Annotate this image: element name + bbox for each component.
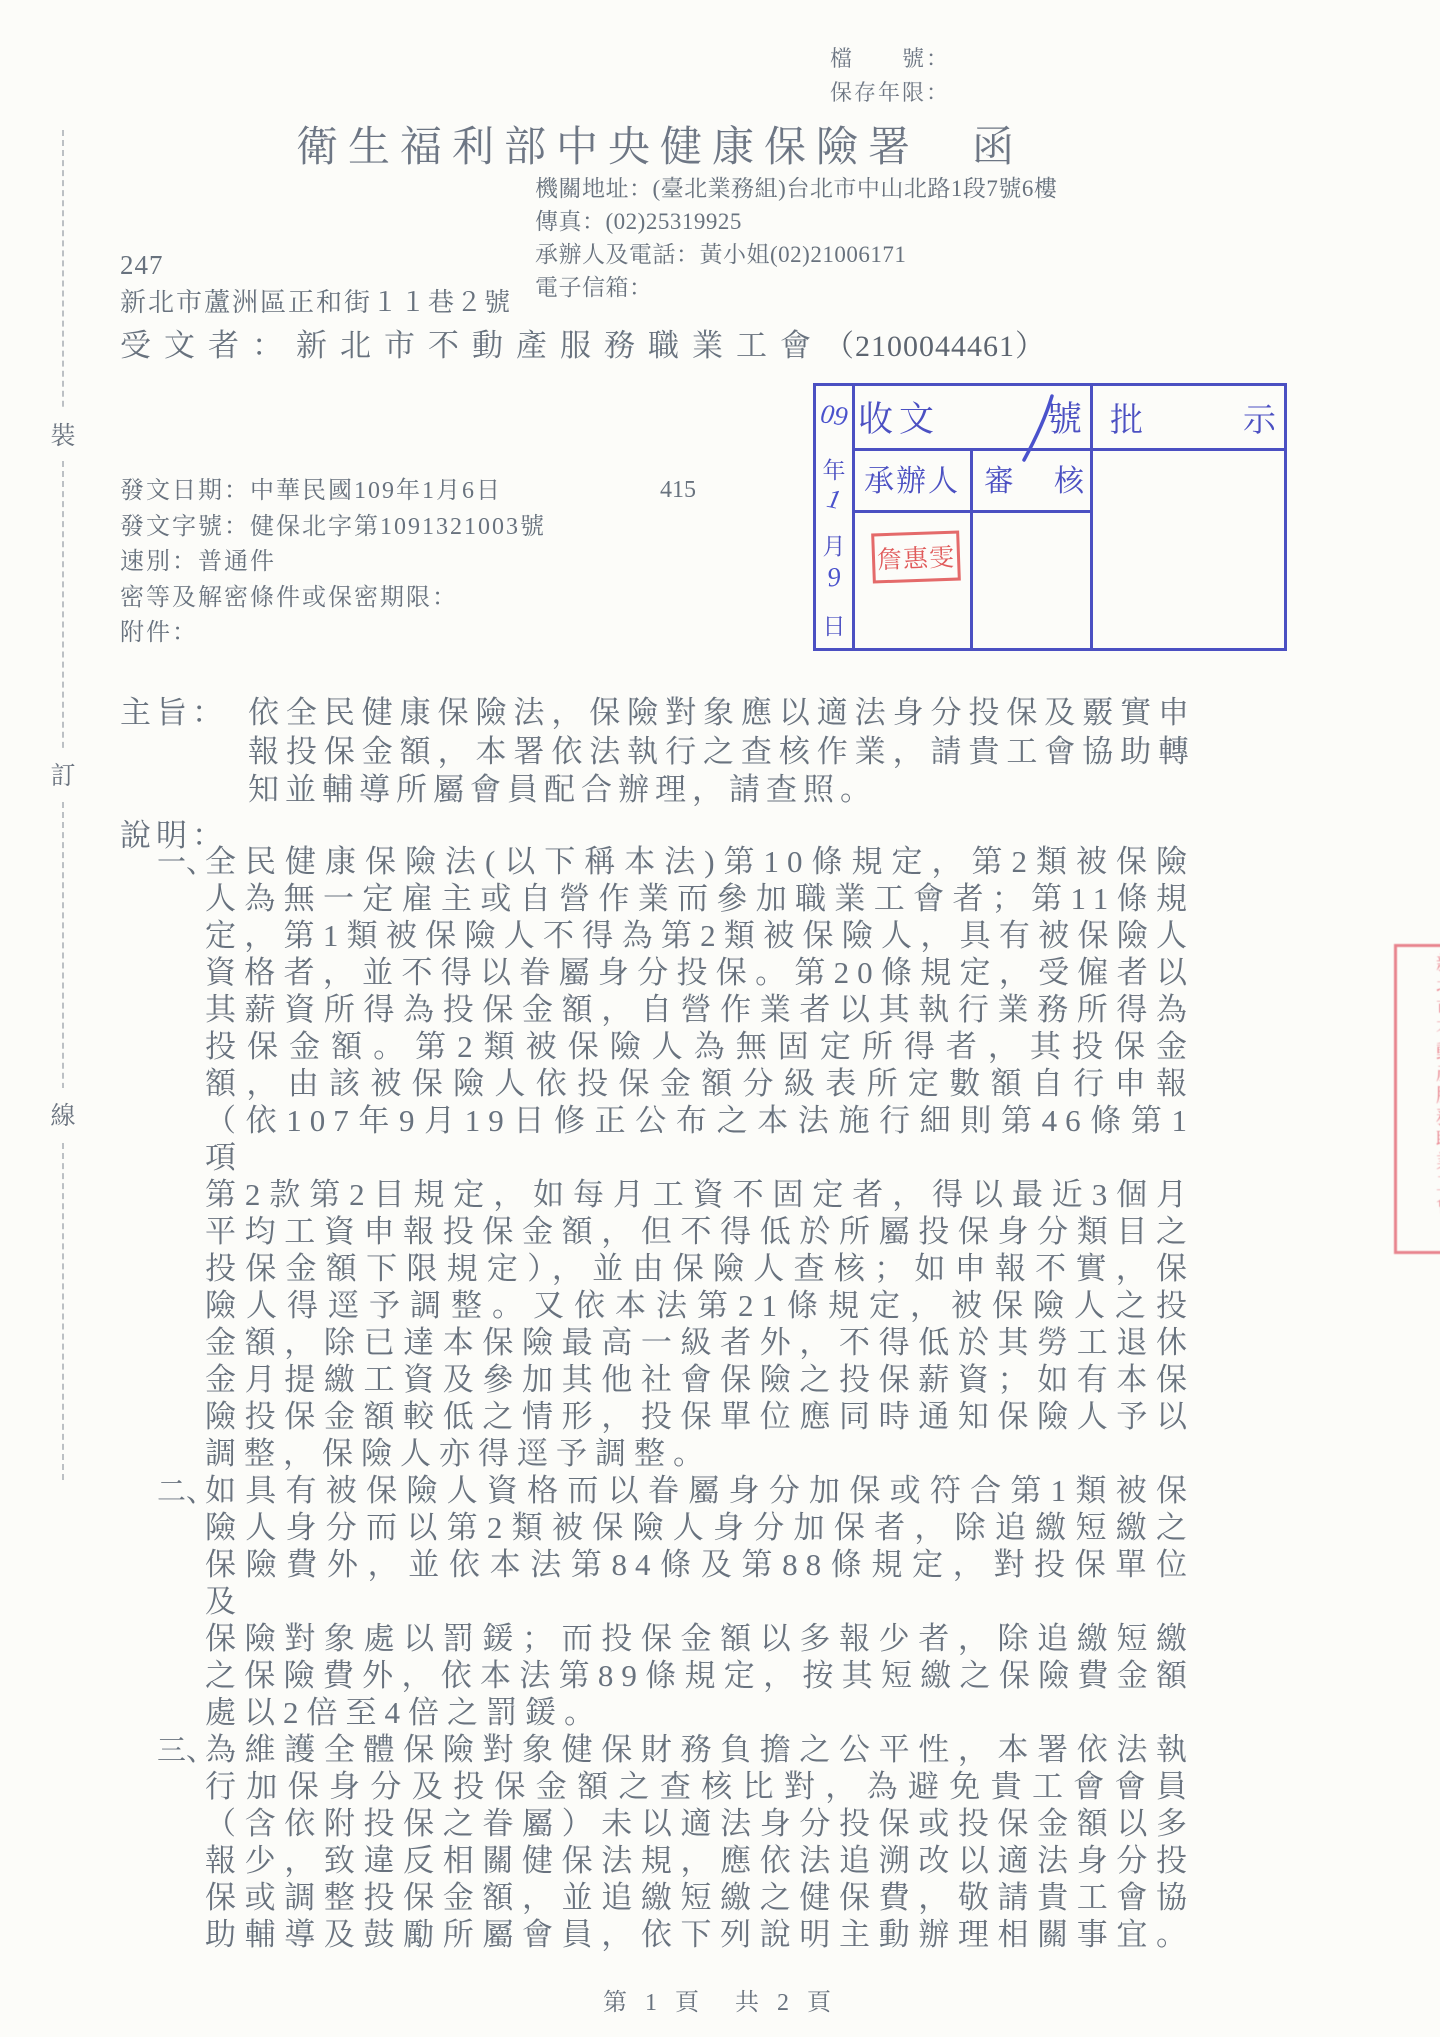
stamp-grid-line xyxy=(970,448,973,648)
body-line: 人為無一定雇主或自營作業而參加職業工會者；第11條規 xyxy=(205,880,1195,917)
subject-line: 報投保金額，本署依法執行之查核作業，請貴工會協助轉 xyxy=(248,733,1195,772)
body-line: 平均工資申報投保金額，但不得低於所屬投保身分類目之 xyxy=(205,1213,1195,1250)
edge-receipt-seal: 新北市不動產服務職業工會 xyxy=(1394,944,1440,1254)
recipient-org-code: （2100044461） xyxy=(824,330,1046,363)
body-line: （依107年9月19日修正公布之本法施行細則第46條第1項 xyxy=(205,1102,1195,1176)
review-label-left: 審 xyxy=(984,456,1014,500)
approval-cell: 批 示 xyxy=(1102,394,1284,441)
body-line: 如具有被保險人資格而以眷屬身分加保或符合第1類被保 xyxy=(205,1472,1195,1509)
item-body: 如具有被保險人資格而以眷屬身分加保或符合第1類被保 險人身分而以第2類被保險人身… xyxy=(205,1472,1195,1731)
handwritten-year: 09 xyxy=(814,398,854,434)
agency-handler-phone: 承辦人及電話：黃小姐(02)21006171 xyxy=(535,238,1057,271)
handwritten-month: 1 xyxy=(813,481,855,519)
doc-info-block: 發文日期：中華民國109年1月6日 發文字號：健保北字第1091321003號 … xyxy=(120,474,546,652)
body-line: （含依附投保之眷屬）未以適法身分投保或投保金額以多 xyxy=(205,1805,1195,1842)
binding-mark-ding: 訂 xyxy=(47,748,79,800)
binding-dashed-line xyxy=(62,130,64,1480)
body-line: 保險費外，並依本法第84條及第88條規定，對投保單位及 xyxy=(205,1546,1195,1620)
approve-label-right: 示 xyxy=(1243,394,1276,441)
body-line: 其薪資所得為投保金額，自營作業者以其執行業務所得為 xyxy=(205,991,1195,1028)
page-note: 415 xyxy=(660,477,696,504)
body-line: 第2款第2目規定，如每月工資不固定者，得以最近3個月 xyxy=(205,1176,1195,1213)
body-line: 處以2倍至4倍之罰鍰。 xyxy=(205,1694,1195,1731)
handwritten-tick-icon xyxy=(1018,392,1060,469)
month-label: 月 xyxy=(816,528,852,561)
explanation-item-2: 二、 如具有被保險人資格而以眷屬身分加保或符合第1類被保 險人身分而以第2類被保… xyxy=(157,1472,1197,1731)
binding-mark-zhuang: 裝 xyxy=(47,408,79,460)
receipt-label: 收文 xyxy=(858,392,940,442)
body-line: 全民健康保險法(以下稱本法)第10條規定，第2類被保險 xyxy=(205,843,1195,880)
handler-name-seal: 詹惠雯 xyxy=(871,530,961,583)
stamp-grid-line xyxy=(852,386,855,648)
body-line: 險人得逕予調整。又依本法第21條規定，被保險人之投 xyxy=(205,1287,1195,1324)
binding-mark-xian: 線 xyxy=(47,1088,79,1140)
document-title: 衛生福利部中央健康保險署 函 xyxy=(296,114,1024,174)
handler-cell: 承辦人 xyxy=(856,456,968,500)
body-line: 保或調整投保金額，並追繳短繳之健保費，敬請貴工會協 xyxy=(205,1879,1195,1916)
approve-label-left: 批 xyxy=(1110,394,1143,441)
body-line: 金月提繳工資及參加其他社會保險之投保薪資；如有本保 xyxy=(205,1361,1195,1398)
agency-email: 電子信箱： xyxy=(535,271,1057,304)
page-footer: 第 1 頁 共 2 頁 xyxy=(0,1982,1440,2017)
item-number: 二、 xyxy=(157,1472,205,1511)
body-line: 投保金額下限規定），並由保險人查核；如申報不實，保 xyxy=(205,1250,1195,1287)
item-body: 全民健康保險法(以下稱本法)第10條規定，第2類被保險 人為無一定雇主或自營作業… xyxy=(205,843,1195,1472)
official-letter-page: 檔 號： 保存年限： 衛生福利部中央健康保險署 函 機關地址：(臺北業務組)台北… xyxy=(0,0,1440,2037)
agency-contact-block: 機關地址：(臺北業務組)台北市中山北路1段7號6樓 傳真：(02)2531992… xyxy=(535,172,1057,304)
recipient-line: 受文者：新北市不動產服務職業工會（2100044461） xyxy=(120,320,1046,365)
body-line: 資格者，並不得以眷屬身分投保。第20條規定，受僱者以 xyxy=(205,954,1195,991)
subject-label: 主旨： xyxy=(120,694,248,810)
day-label: 日 xyxy=(816,608,852,641)
item-number: 一、 xyxy=(157,843,205,882)
retention-label: 保存年限： xyxy=(830,76,950,110)
handwritten-day: 9 xyxy=(814,560,853,595)
body-line: 險人身分而以第2類被保險人身分加保者，除追繳短繳之 xyxy=(205,1509,1195,1546)
body-line: 行加保身分及投保金額之查核比對，為避免貴工會會員 xyxy=(205,1768,1195,1805)
body-line: 為維護全體保險對象健保財務負擔之公平性，本署依法執 xyxy=(205,1731,1195,1768)
explanation-items: 一、 全民健康保險法(以下稱本法)第10條規定，第2類被保險 人為無一定雇主或自… xyxy=(157,843,1197,1953)
item-body: 為維護全體保險對象健保財務負擔之公平性，本署依法執 行加保身分及投保金額之查核比… xyxy=(205,1731,1195,1953)
file-no-label: 檔 號： xyxy=(830,42,950,76)
body-line: 之保險費外，依本法第89條規定，按其短繳之保險費金額 xyxy=(205,1657,1195,1694)
explanation-item-3: 三、 為維護全體保險對象健保財務負擔之公平性，本署依法執 行加保身分及投保金額之… xyxy=(157,1731,1197,1953)
body-line: 助輔導及鼓勵所屬會員，依下列說明主動辦理相關事宜。 xyxy=(205,1916,1195,1953)
file-labels: 檔 號： 保存年限： xyxy=(830,42,950,110)
subject-block: 主旨： 依全民健康保險法，保險對象應以適法身分投保及覈實申 報投保金額，本署依法… xyxy=(120,694,1195,810)
recipient-street: 新北市蘆洲區正和街１１巷２號 xyxy=(120,282,512,319)
explanation-item-1: 一、 全民健康保險法(以下稱本法)第10條規定，第2類被保險 人為無一定雇主或自… xyxy=(157,843,1197,1472)
stamp-grid-line xyxy=(1090,386,1093,648)
body-line: 定，第1類被保險人不得為第2類被保險人，具有被保險人 xyxy=(205,917,1195,954)
subject-line: 依全民健康保險法，保險對象應以適法身分投保及覈實申 xyxy=(248,694,1195,733)
doc-number: 發文字號：健保北字第1091321003號 xyxy=(120,510,546,546)
body-line: 保險對象處以罰鍰；而投保金額以多報少者，除追繳短繳 xyxy=(205,1620,1195,1657)
agency-fax: 傳真：(02)25319925 xyxy=(535,205,1057,238)
body-line: 金額，除已達本保險最高一級者外，不得低於其勞工退休 xyxy=(205,1324,1195,1361)
item-number: 三、 xyxy=(157,1731,205,1770)
stamp-grid-line xyxy=(852,510,1090,513)
doc-date: 發文日期：中華民國109年1月6日 xyxy=(120,474,546,510)
stamp-grid-line xyxy=(852,448,1284,451)
subject-lines: 依全民健康保險法，保險對象應以適法身分投保及覈實申 報投保金額，本署依法執行之查… xyxy=(248,694,1195,810)
body-line: 調整，保險人亦得逕予調整。 xyxy=(205,1435,1195,1472)
agency-address: 機關地址：(臺北業務組)台北市中山北路1段7號6樓 xyxy=(535,172,1057,205)
doc-speed: 速別：普通件 xyxy=(120,545,546,581)
body-line: 投保金額。第2類被保險人為無固定所得者，其投保金 xyxy=(205,1028,1195,1065)
recipient-postal-code: 247 xyxy=(120,250,164,281)
recipient-name: 受文者：新北市不動產服務職業工會 xyxy=(120,328,824,363)
body-line: 險投保金額較低之情形，投保單位應同時通知保險人予以 xyxy=(205,1398,1195,1435)
doc-security: 密等及解密條件或保密期限： xyxy=(120,581,546,617)
doc-attachment: 附件： xyxy=(120,616,546,652)
body-line: 報少，致違反相關健保法規，應依法追溯改以適法身分投 xyxy=(205,1842,1195,1879)
body-line: 額，由該被保險人依投保金額分級表所定數額自行申報 xyxy=(205,1065,1195,1102)
subject-line: 知並輔導所屬會員配合辦理，請查照。 xyxy=(248,771,1195,810)
